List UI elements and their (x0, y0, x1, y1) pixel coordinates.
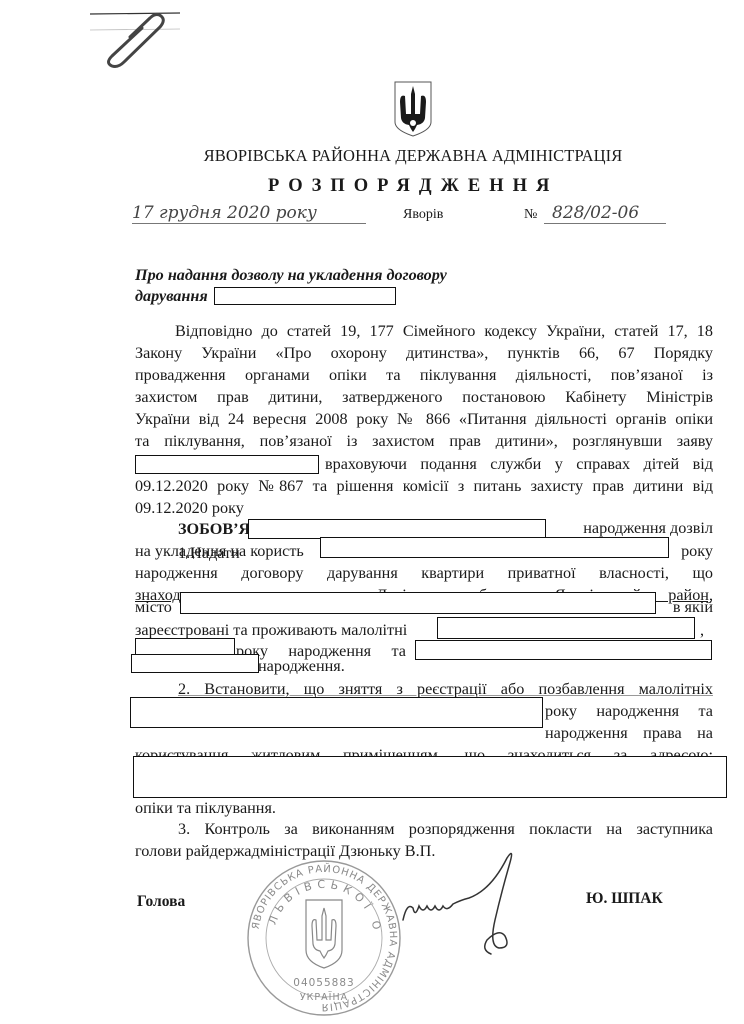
preamble-line-2: Закону України «Про охорону дитинства», … (135, 344, 713, 362)
document-title: РОЗПОРЯДЖЕННЯ (268, 176, 558, 197)
item2-line6: опіки та піклування. (135, 799, 276, 817)
stamp-code: 04055883 (293, 977, 354, 989)
document-number: 828/02-06 (544, 203, 666, 224)
redacted-item1-recipient (320, 537, 669, 558)
preamble-line-7: враховуючи подання служби у справах діте… (325, 455, 713, 473)
document-date: 17 грудня 2020 року (132, 203, 366, 224)
handwritten-signature (395, 850, 545, 960)
signatory-position: Голова (137, 893, 185, 911)
redacted-item1-child1 (437, 617, 695, 639)
subject-line-1: Про надання дозволу на укладення договор… (135, 266, 447, 285)
document-place: Яворів (403, 207, 443, 223)
preamble-line-1: Відповідно до статей 19, 177 Сімейного к… (175, 322, 713, 340)
item1-line5-start: місто (135, 598, 172, 616)
preamble-line-4: захистом прав дитини, затвердженого пост… (135, 388, 713, 406)
item2-line2-end: року народження та (545, 702, 713, 720)
stamp-country: УКРАЇНА (300, 992, 348, 1003)
redacted-item1-address (180, 592, 656, 614)
item3-line1: 3. Контроль за виконанням розпорядження … (178, 820, 713, 838)
preamble-line-5: України від 24 вересня 2008 року № 866 «… (135, 410, 713, 428)
paperclip-icon (90, 0, 180, 70)
preamble-line-8: 09.12.2020 року №867 та рішення комісії … (135, 477, 713, 495)
redacted-item1-name (248, 519, 546, 539)
coat-of-arms-icon (393, 80, 433, 138)
redacted-item1-child2 (415, 640, 712, 660)
item1-line6-start: зареєстровані та проживають малолітні (135, 621, 407, 639)
preamble-line-3: провадження органами опіки та піклування… (135, 366, 713, 384)
item1-line6-end: , (700, 621, 704, 639)
number-sign: № (524, 207, 537, 223)
redacted-subject-name (214, 287, 396, 305)
item2-line3-end: народження права на (545, 724, 713, 742)
signatory-name: Ю. ШПАК (586, 890, 663, 908)
redacted-item2-address (133, 756, 727, 798)
preamble-line-6: та піклування, пов’язаної із захистом пр… (135, 432, 713, 450)
item1-line5-end: в якій (655, 598, 713, 616)
official-stamp: ЯВОРІВСЬКА РАЙОННА ДЕРЖАВНА АДМІНІСТРАЦІ… (244, 858, 404, 1018)
redacted-applicant (135, 455, 319, 474)
redacted-item2-children (130, 697, 543, 728)
item2-line1: 2. Встановити, що зняття з реєстрації аб… (178, 680, 713, 698)
item1-line8-end: народження. (258, 657, 345, 675)
organization-name: ЯВОРІВСЬКА РАЙОННА ДЕРЖАВНА АДМІНІСТРАЦІ… (198, 146, 628, 166)
item1-line2-end: року (660, 542, 713, 560)
preamble-line-9: 09.12.2020 року (135, 499, 244, 517)
item1-line2-start: на укладення на користь (135, 542, 304, 560)
redacted-item1-date2 (131, 654, 259, 673)
item1-line1-end: народження дозвіл (553, 519, 713, 537)
subject-line-2: дарування (135, 287, 208, 306)
item1-line3: народження договору дарування квартири п… (135, 564, 713, 582)
